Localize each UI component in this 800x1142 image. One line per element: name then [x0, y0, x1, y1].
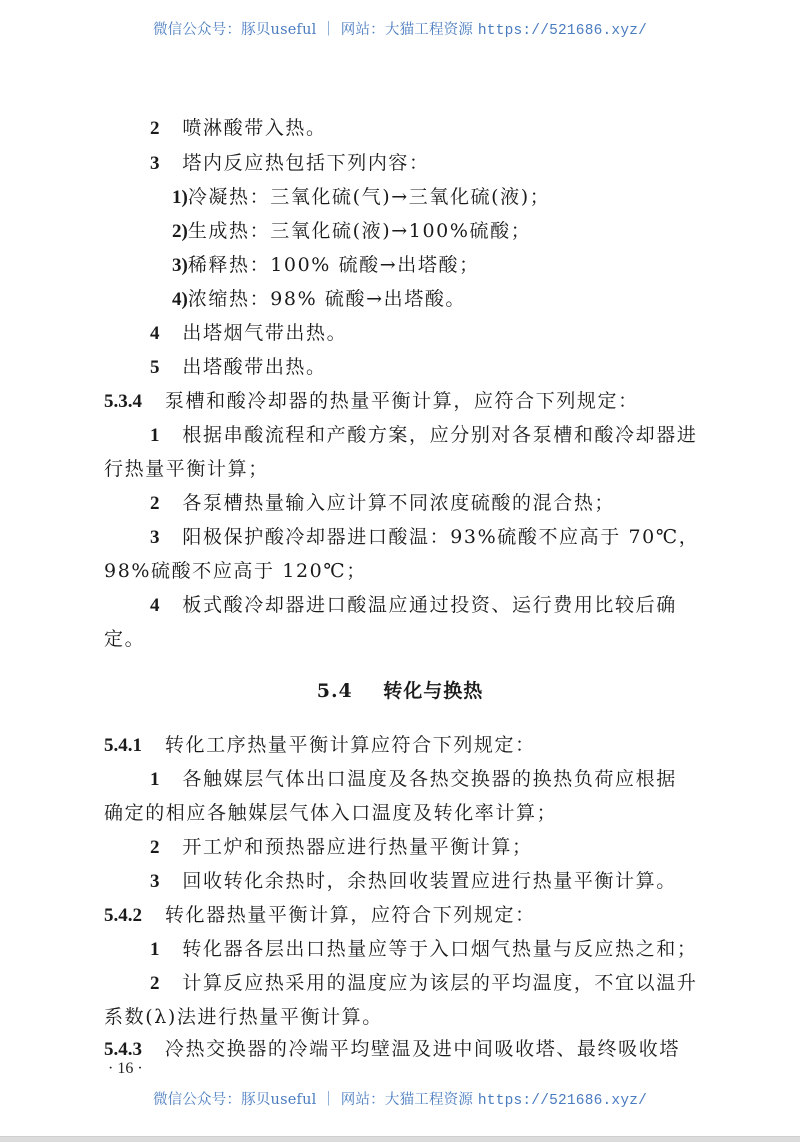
sub-list-item: 3)稀释热：100% 硫酸→出塔酸；: [172, 250, 480, 277]
continuation-line: 确定的相应各触媒层气体入口温度及转化率计算；: [104, 798, 557, 825]
sub-list-item: 1)冷凝热：三氧化硫(气)→三氧化硫(液)；: [172, 182, 550, 209]
watermark-text: 微信公众号：豚贝useful ｜ 网站：大猫工程资源: [153, 1092, 478, 1108]
watermark-header: 微信公众号：豚贝useful ｜ 网站：大猫工程资源 https://52168…: [0, 18, 800, 39]
clause-heading: 5.3.4 泵槽和酸冷却器的热量平衡计算，应符合下列规定：: [104, 386, 639, 413]
list-item: 3 回收转化余热时，余热回收装置应进行热量平衡计算。: [150, 866, 677, 893]
watermark-text: 微信公众号：豚贝useful ｜ 网站：大猫工程资源: [153, 22, 478, 38]
list-item: 1 各触媒层气体出口温度及各热交换器的换热负荷应根据: [150, 764, 677, 791]
clause-heading: 5.4.3 冷热交换器的冷端平均壁温及进中间吸收塔、最终吸收塔: [104, 1034, 680, 1061]
list-item: 2 喷淋酸带入热。: [150, 113, 327, 140]
clause-heading: 5.4.2 转化器热量平衡计算，应符合下列规定：: [104, 900, 536, 927]
viewer-bottom-bar: [0, 1136, 800, 1142]
continuation-line: 行热量平衡计算；: [104, 454, 269, 481]
continuation-line: 定。: [104, 624, 145, 651]
list-item: 1 根据串酸流程和产酸方案，应分别对各泵槽和酸冷却器进: [150, 420, 697, 447]
list-item: 2 开工炉和预热器应进行热量平衡计算；: [150, 832, 533, 859]
page-number: · 16 ·: [108, 1060, 143, 1078]
continuation-line: 98%硫酸不应高于 120℃；: [104, 556, 367, 583]
continuation-line: 系数(λ)法进行热量平衡计算。: [104, 1002, 383, 1029]
list-item: 5 出塔酸带出热。: [150, 352, 327, 379]
list-item: 2 各泵槽热量输入应计算不同浓度硫酸的混合热；: [150, 488, 615, 515]
sub-list-item: 2)生成热：三氧化硫(液)→100%硫酸；: [172, 216, 531, 243]
watermark-url: https://521686.xyz/: [478, 23, 647, 39]
watermark-footer: 微信公众号：豚贝useful ｜ 网站：大猫工程资源 https://52168…: [0, 1088, 800, 1109]
list-item: 4 板式酸冷却器进口酸温应通过投资、运行费用比较后确: [150, 590, 677, 617]
watermark-url: https://521686.xyz/: [478, 1093, 647, 1109]
list-item: 1 转化器各层出口热量应等于入口烟气热量与反应热之和；: [150, 934, 697, 961]
list-item: 4 出塔烟气带出热。: [150, 318, 347, 345]
list-item: 3 阳极保护酸冷却器进口酸温：93%硫酸不应高于 70℃，: [150, 522, 699, 549]
clause-heading: 5.4.1 转化工序热量平衡计算应符合下列规定：: [104, 730, 536, 757]
list-item: 2 计算反应热采用的温度应为该层的平均温度，不宜以温升: [150, 968, 697, 995]
sub-list-item: 4)浓缩热：98% 硫酸→出塔酸。: [172, 284, 466, 311]
section-title: 5.4 转化与换热: [0, 676, 800, 703]
list-item: 3 塔内反应热包括下列内容：: [150, 148, 430, 175]
